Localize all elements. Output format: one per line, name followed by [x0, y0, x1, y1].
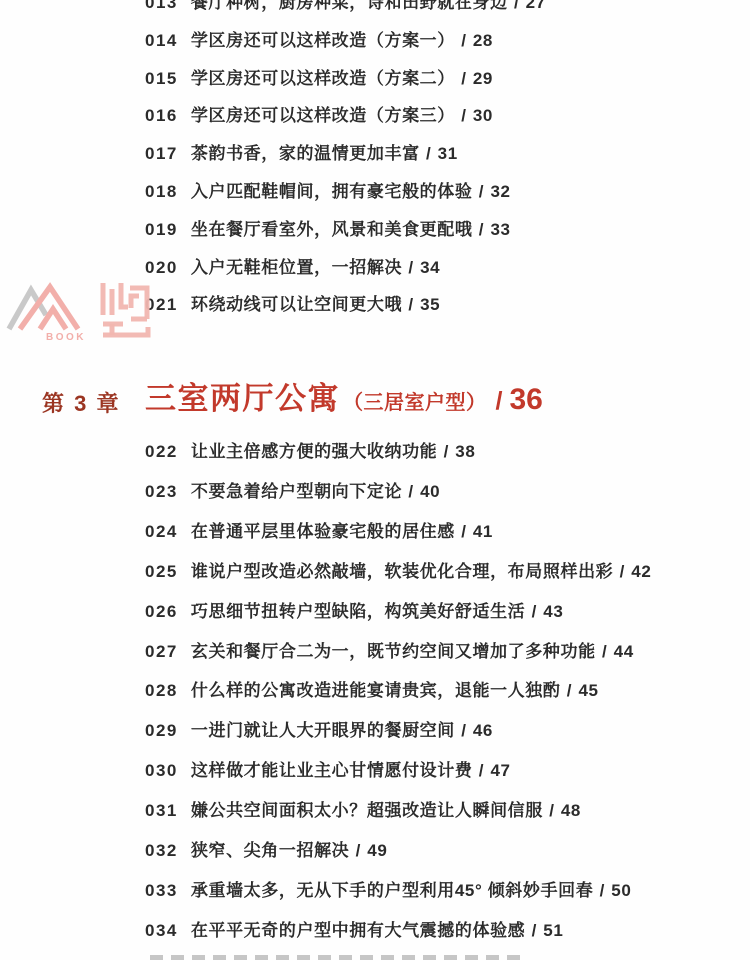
toc-item-separator: /	[437, 442, 455, 461]
toc-item-page-number: 38	[455, 442, 475, 461]
toc-item-page-number: 40	[420, 482, 440, 501]
toc-item: 019坐在餐厅看室外，风景和美食更配哦 / 33	[145, 218, 511, 242]
toc-item-title: 让业主倍感方便的强大收纳功能	[191, 442, 437, 461]
toc-item-separator: /	[455, 106, 473, 125]
toc-item-separator: /	[543, 801, 561, 820]
toc-item-separator: /	[596, 642, 614, 661]
toc-item-number: 015	[145, 67, 178, 91]
toc-item-title: 学区房还可以这样改造（方案一）	[191, 31, 455, 50]
toc-item-title: 入户无鞋柜位置，一招解决	[191, 258, 402, 277]
toc-item: 034在平平无奇的户型中拥有大气震撼的体验感 / 51	[145, 919, 563, 943]
toc-item: 023不要急着给户型朝向下定论 / 40	[145, 480, 440, 504]
toc-item-separator: /	[402, 258, 420, 277]
toc-item-title: 不要急着给户型朝向下定论	[191, 482, 402, 501]
toc-item-separator: /	[593, 881, 611, 900]
toc-item-title: 嫌公共空间面积太小？超强改造让人瞬间信服	[191, 801, 543, 820]
toc-item-title: 谁说户型改造必然敲墙，软装优化合理，布局照样出彩	[191, 562, 613, 581]
toc-item: 024在普通平层里体验豪宅般的居住感 / 41	[145, 520, 493, 544]
toc-item-page-number: 51	[543, 921, 563, 940]
toc-item-number: 014	[145, 29, 178, 53]
toc-item-number: 025	[145, 560, 178, 584]
toc-item-title: 一进门就让人大开眼界的餐厨空间	[191, 721, 455, 740]
toc-item: 016学区房还可以这样改造（方案三） / 30	[145, 104, 493, 128]
toc-item-number: 024	[145, 520, 178, 544]
toc-item: 014学区房还可以这样改造（方案一） / 28	[145, 29, 493, 53]
toc-item-title: 这样做才能让业主心甘情愿付设计费	[191, 761, 473, 780]
toc-item: 032狭窄、尖角一招解决 / 49	[145, 839, 387, 863]
toc-item-title: 坐在餐厅看室外，风景和美食更配哦	[191, 220, 473, 239]
toc-item-title: 环绕动线可以让空间更大哦	[191, 295, 402, 314]
toc-item: 017茶韵书香，家的温情更加丰富 / 31	[145, 142, 458, 166]
toc-item-separator: /	[455, 69, 473, 88]
toc-item-title: 入户匹配鞋帽间，拥有豪宅般的体验	[191, 182, 473, 201]
toc-item-title: 餐厅种树，厨房种菜，诗和田野就在身边	[191, 0, 508, 12]
toc-item-separator: /	[525, 602, 543, 621]
toc-item-page-number: 43	[543, 602, 563, 621]
chapter-heading: 第 3 章 三室两厅公寓（三居室户型）/36	[0, 378, 750, 424]
toc-item-separator: /	[402, 295, 420, 314]
toc-item-page-number: 27	[526, 0, 546, 12]
next-line-cutoff	[150, 955, 522, 960]
toc-item-number: 017	[145, 142, 178, 166]
toc-item-separator: /	[455, 31, 473, 50]
toc-item-number: 023	[145, 480, 178, 504]
mbook-logo-text: BOOK	[46, 332, 86, 343]
toc-item: 013餐厅种树，厨房种菜，诗和田野就在身边 / 27	[145, 0, 546, 15]
toc-item: 028什么样的公寓改造进能宴请贵宾，退能一人独酌 / 45	[145, 679, 599, 703]
toc-item-separator: /	[525, 921, 543, 940]
toc-item-page-number: 42	[631, 562, 651, 581]
toc-item: 033承重墙太多，无从下手的户型利用45° 倾斜妙手回春 / 50	[145, 879, 631, 903]
toc-item: 026巧思细节扭转户型缺陷，构筑美好舒适生活 / 43	[145, 600, 563, 624]
toc-item: 015学区房还可以这样改造（方案二） / 29	[145, 67, 493, 91]
toc-item-title: 在普通平层里体验豪宅般的居住感	[191, 522, 455, 541]
chapter-page-number: 36	[509, 379, 542, 421]
toc-item-title: 玄关和餐厅合二为一，既节约空间又增加了多种功能	[191, 642, 596, 661]
toc-item-page-number: 31	[438, 144, 458, 163]
toc-item-separator: /	[455, 522, 473, 541]
toc-item-title: 巧思细节扭转户型缺陷，构筑美好舒适生活	[191, 602, 525, 621]
toc-item-page-number: 29	[473, 69, 493, 88]
toc-item-number: 018	[145, 180, 178, 204]
toc-item-number: 016	[145, 104, 178, 128]
toc-item-page-number: 30	[473, 106, 493, 125]
chapter-subtitle: （三居室户型）	[343, 382, 487, 424]
toc-item-separator: /	[455, 721, 473, 740]
toc-item-number: 026	[145, 600, 178, 624]
toc-item-number: 013	[145, 0, 178, 15]
toc-item-separator: /	[560, 681, 578, 700]
toc-item-number: 028	[145, 679, 178, 703]
toc-item-number: 032	[145, 839, 178, 863]
toc-item-page-number: 48	[561, 801, 581, 820]
toc-item-number: 027	[145, 640, 178, 664]
toc-item-title: 茶韵书香，家的温情更加丰富	[191, 144, 420, 163]
toc-item-page-number: 46	[473, 721, 493, 740]
chapter-title: 三室两厅公寓	[145, 378, 340, 420]
toc-item-title: 狭窄、尖角一招解决	[191, 841, 349, 860]
toc-item-title: 学区房还可以这样改造（方案三）	[191, 106, 455, 125]
toc-item: 020入户无鞋柜位置，一招解决 / 34	[145, 256, 440, 280]
toc-item-separator: /	[472, 182, 490, 201]
toc-item-page-number: 33	[490, 220, 510, 239]
toc-item-page-number: 28	[473, 31, 493, 50]
toc-item-page-number: 34	[420, 258, 440, 277]
toc-item-number: 020	[145, 256, 178, 280]
toc-item-number: 034	[145, 919, 178, 943]
toc-item: 021环绕动线可以让空间更大哦 / 35	[145, 293, 440, 317]
toc-item-page-number: 47	[490, 761, 510, 780]
toc-item-number: 021	[145, 293, 178, 317]
chapter-page-slash: /	[496, 380, 503, 422]
toc-item: 022让业主倍感方便的强大收纳功能 / 38	[145, 440, 475, 464]
toc-item-title: 在平平无奇的户型中拥有大气震撼的体验感	[191, 921, 525, 940]
toc-item-page-number: 50	[611, 881, 631, 900]
toc-item-number: 019	[145, 218, 178, 242]
toc-item: 029一进门就让人大开眼界的餐厨空间 / 46	[145, 719, 493, 743]
toc-item-page-number: 32	[490, 182, 510, 201]
toc-item-page-number: 35	[420, 295, 440, 314]
toc-item-separator: /	[472, 761, 490, 780]
toc-item-page-number: 45	[578, 681, 598, 700]
toc-item-separator: /	[613, 562, 631, 581]
toc-item-title: 承重墙太多，无从下手的户型利用45° 倾斜妙手回春	[191, 881, 593, 900]
toc-item-page-number: 41	[473, 522, 493, 541]
watermark: BOOK	[6, 279, 158, 347]
toc-item-number: 031	[145, 799, 178, 823]
toc-item: 027玄关和餐厅合二为一，既节约空间又增加了多种功能 / 44	[145, 640, 634, 664]
chapter-title-line: 三室两厅公寓（三居室户型）/36	[145, 378, 543, 420]
toc-item-page-number: 49	[367, 841, 387, 860]
toc-item-separator: /	[349, 841, 367, 860]
toc-item-separator: /	[420, 144, 438, 163]
toc-item: 018入户匹配鞋帽间，拥有豪宅般的体验 / 32	[145, 180, 511, 204]
toc-item-title: 什么样的公寓改造进能宴请贵宾，退能一人独酌	[191, 681, 561, 700]
toc-item-separator: /	[472, 220, 490, 239]
toc-item-separator: /	[402, 482, 420, 501]
toc-item-number: 029	[145, 719, 178, 743]
toc-item: 030这样做才能让业主心甘情愿付设计费 / 47	[145, 759, 511, 783]
toc-item-number: 030	[145, 759, 178, 783]
book-toc-page: 013餐厅种树，厨房种菜，诗和田野就在身边 / 27014学区房还可以这样改造（…	[0, 0, 750, 960]
mbook-logo-icon: BOOK	[6, 282, 90, 344]
toc-item: 031嫌公共空间面积太小？超强改造让人瞬间信服 / 48	[145, 799, 581, 823]
toc-item-separator: /	[508, 0, 526, 12]
toc-item-title: 学区房还可以这样改造（方案二）	[191, 69, 455, 88]
toc-item-number: 022	[145, 440, 178, 464]
toc-item: 025谁说户型改造必然敲墙，软装优化合理，布局照样出彩 / 42	[145, 560, 651, 584]
toc-item-number: 033	[145, 879, 178, 903]
toc-item-page-number: 44	[614, 642, 634, 661]
chapter-label: 第 3 章	[42, 387, 120, 418]
